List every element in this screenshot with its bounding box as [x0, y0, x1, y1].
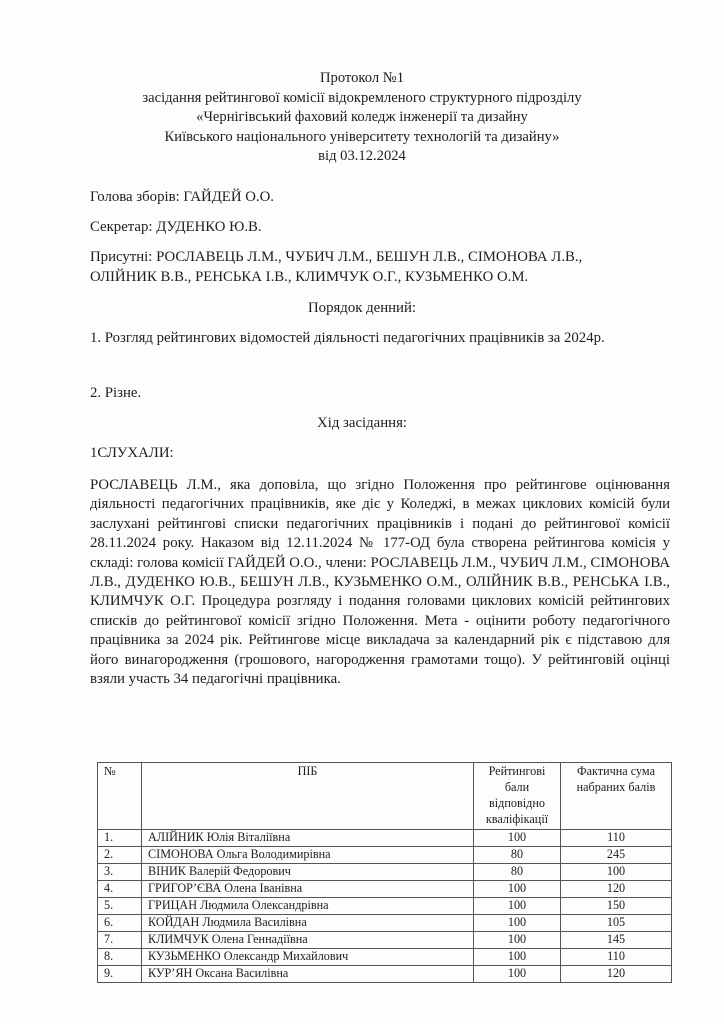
table-row: 5. ГРИЦАН Людмила Олександрівна 100 150 — [98, 898, 672, 915]
rating-table: № ПІБ Рейтингові бали відповідно кваліфі… — [97, 762, 672, 983]
cell-qual: 100 — [474, 830, 561, 847]
cell-sum: 105 — [561, 915, 672, 932]
table-row: 4. ГРИГОР’ЄВА Олена Іванівна 100 120 — [98, 881, 672, 898]
cell-name: АЛІЙНИК Юлія Віталіївна — [142, 830, 474, 847]
chair-line: Голова зборів: ГАЙДЕЙ О.О. — [90, 189, 274, 206]
proceedings-heading: Хід засідання: — [0, 415, 724, 432]
table-row: 3. ВІНИК Валерій Федорович 80 100 — [98, 864, 672, 881]
agenda-heading: Порядок денний: — [0, 300, 724, 317]
cell-name: КОЙДАН Людмила Василівна — [142, 915, 474, 932]
cell-qual: 80 — [474, 847, 561, 864]
cell-qual: 100 — [474, 966, 561, 983]
protocol-date: від 03.12.2024 — [0, 147, 724, 167]
table-row: 8. КУЗЬМЕНКО Олександр Михайлович 100 11… — [98, 949, 672, 966]
cell-num: 5. — [98, 898, 142, 915]
cell-sum: 120 — [561, 966, 672, 983]
cell-num: 4. — [98, 881, 142, 898]
cell-qual: 100 — [474, 932, 561, 949]
table-row: 2. СІМОНОВА Ольга Володимирівна 80 245 — [98, 847, 672, 864]
present-line-1: Присутні: РОСЛАВЕЦЬ Л.М., ЧУБИЧ Л.М., БЕ… — [90, 249, 582, 266]
protocol-title: Протокол №1 — [0, 69, 724, 89]
cell-qual: 100 — [474, 915, 561, 932]
cell-num: 2. — [98, 847, 142, 864]
table-row: 7. КЛИМЧУК Олена Геннадіївна 100 145 — [98, 932, 672, 949]
table-row: 9. КУР’ЯН Оксана Василівна 100 120 — [98, 966, 672, 983]
table-header-row: № ПІБ Рейтингові бали відповідно кваліфі… — [98, 763, 672, 830]
table-row: 6. КОЙДАН Людмила Василівна 100 105 — [98, 915, 672, 932]
cell-name: ВІНИК Валерій Федорович — [142, 864, 474, 881]
agenda-item-1-text: 1. Розгляд рейтингових відомостей діяльн… — [90, 329, 670, 348]
document-header: Протокол №1 засідання рейтингової комісі… — [0, 69, 724, 167]
header-line-2: «Чернігівський фаховий коледж інженерії … — [0, 108, 724, 128]
cell-qual: 100 — [474, 949, 561, 966]
secretary-line: Секретар: ДУДЕНКО Ю.В. — [90, 219, 262, 236]
header-qual-points: Рейтингові бали відповідно кваліфікації — [474, 763, 561, 830]
present-line-2: ОЛІЙНИК В.В., РЕНСЬКА І.В., КЛИМЧУК О.Г.… — [90, 269, 528, 286]
cell-sum: 120 — [561, 881, 672, 898]
cell-sum: 110 — [561, 949, 672, 966]
header-num: № — [98, 763, 142, 830]
table-row: 1. АЛІЙНИК Юлія Віталіївна 100 110 — [98, 830, 672, 847]
cell-num: 6. — [98, 915, 142, 932]
header-line-3: Київського національного університету те… — [0, 128, 724, 148]
cell-qual: 80 — [474, 864, 561, 881]
cell-num: 1. — [98, 830, 142, 847]
report-paragraph: РОСЛАВЕЦЬ Л.М., яка доповіла, що згідно … — [90, 476, 670, 689]
heard-label: 1СЛУХАЛИ: — [90, 445, 174, 462]
cell-sum: 245 — [561, 847, 672, 864]
cell-sum: 100 — [561, 864, 672, 881]
cell-qual: 100 — [474, 881, 561, 898]
cell-num: 9. — [98, 966, 142, 983]
cell-name: КУЗЬМЕНКО Олександр Михайлович — [142, 949, 474, 966]
cell-num: 3. — [98, 864, 142, 881]
cell-name: ГРИГОР’ЄВА Олена Іванівна — [142, 881, 474, 898]
document-page: Протокол №1 засідання рейтингової комісі… — [0, 0, 724, 1024]
header-name: ПІБ — [142, 763, 474, 830]
header-actual-sum: Фактична сума набраних балів — [561, 763, 672, 830]
cell-num: 8. — [98, 949, 142, 966]
cell-name: КУР’ЯН Оксана Василівна — [142, 966, 474, 983]
cell-sum: 145 — [561, 932, 672, 949]
cell-name: ГРИЦАН Людмила Олександрівна — [142, 898, 474, 915]
agenda-item-2: 2. Різне. — [90, 385, 141, 402]
header-line-1: засідання рейтингової комісії відокремле… — [0, 89, 724, 109]
cell-sum: 150 — [561, 898, 672, 915]
cell-name: КЛИМЧУК Олена Геннадіївна — [142, 932, 474, 949]
report-paragraph-text: РОСЛАВЕЦЬ Л.М., яка доповіла, що згідно … — [90, 476, 670, 689]
cell-num: 7. — [98, 932, 142, 949]
cell-sum: 110 — [561, 830, 672, 847]
cell-qual: 100 — [474, 898, 561, 915]
agenda-item-1: 1. Розгляд рейтингових відомостей діяльн… — [90, 329, 670, 348]
cell-name: СІМОНОВА Ольга Володимирівна — [142, 847, 474, 864]
